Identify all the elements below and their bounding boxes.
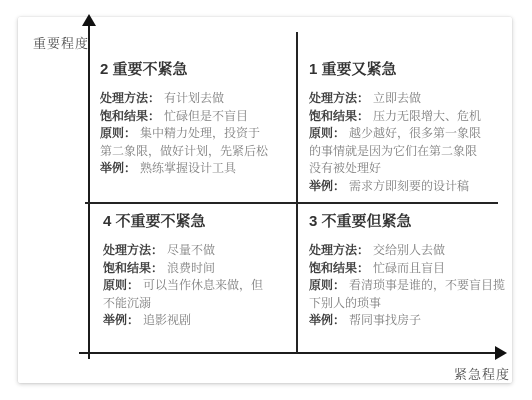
row-text: 有计划去做 [164,91,224,105]
quadrant-body: 处理方法：立即去做饱和结果：压力无限增大、危机原则：越少越好，很多第一象限的事情… [309,90,481,195]
row-text: 第二象限，做好计划，先紧后松 [100,144,268,158]
quadrant-row: 原则：看清琐事是谁的，不要盲目揽 [309,277,505,295]
quadrant-row: 处理方法：交给别人去做 [309,242,505,260]
quadrant-row: 举例：帮同事找房子 [309,312,505,330]
quadrant-body: 处理方法：有计划去做饱和结果：忙碌但是不盲目原则：集中精力处理，投资于第二象限，… [100,90,268,178]
row-text: 下别人的琐事 [309,296,381,310]
y-axis-line [88,24,90,359]
quadrant-vertical-divider [296,32,298,353]
quadrant-row: 没有被处理好 [309,160,481,178]
quadrant-row: 的事情就是因为它们在第二象限 [309,143,481,161]
row-label: 饱和结果： [309,109,369,123]
quadrant-row: 饱和结果：忙碌但是不盲目 [100,108,268,126]
quadrant-3-not-important-urgent: 3 不重要但紧急 处理方法：交给别人去做饱和结果：忙碌而且盲目原则：看清琐事是谁… [309,213,505,330]
quadrant-2-important-not-urgent: 2 重要不紧急 处理方法：有计划去做饱和结果：忙碌但是不盲目原则：集中精力处理，… [100,61,268,178]
row-label: 举例： [309,179,345,193]
quadrant-body: 处理方法：交给别人去做饱和结果：忙碌而且盲目原则：看清琐事是谁的，不要盲目揽下别… [309,242,505,330]
row-text: 需求方即刻要的设计稿 [349,179,469,193]
quadrant-row: 举例：追影视剧 [103,312,263,330]
quadrant-row: 下别人的琐事 [309,295,505,313]
quadrant-row: 处理方法：立即去做 [309,90,481,108]
row-label: 饱和结果： [103,261,163,275]
row-text: 没有被处理好 [309,161,381,175]
y-axis-label: 重要程度 [33,33,89,52]
row-label: 原则： [309,126,345,140]
quadrant-body: 处理方法：尽量不做饱和结果：浪费时间原则：可以当作休息来做，但不能沉溺举例：追影… [103,242,263,330]
row-text: 看清琐事是谁的，不要盲目揽 [349,278,505,292]
row-label: 饱和结果： [100,109,160,123]
quadrant-row: 处理方法：尽量不做 [103,242,263,260]
y-axis-arrow-up-icon [82,14,96,26]
quadrant-title: 3 不重要但紧急 [309,213,505,230]
row-text: 浪费时间 [167,261,215,275]
row-label: 举例： [309,313,345,327]
row-label: 处理方法： [309,243,369,257]
row-text: 集中精力处理，投资于 [140,126,260,140]
quadrant-row: 举例：需求方即刻要的设计稿 [309,178,481,196]
row-text: 帮同事找房子 [349,313,421,327]
quadrant-1-important-urgent: 1 重要又紧急 处理方法：立即去做饱和结果：压力无限增大、危机原则：越少越好，很… [309,61,481,195]
eisenhower-matrix-diagram: 重要程度 紧急程度 2 重要不紧急 处理方法：有计划去做饱和结果：忙碌但是不盲目… [0,0,532,400]
quadrant-title: 4 不重要不紧急 [103,213,263,230]
quadrant-row: 第二象限，做好计划，先紧后松 [100,143,268,161]
quadrant-title: 2 重要不紧急 [100,61,268,78]
row-label: 举例： [103,313,139,327]
quadrant-row: 饱和结果：浪费时间 [103,260,263,278]
row-label: 举例： [100,161,136,175]
row-label: 原则： [100,126,136,140]
quadrant-row: 原则：集中精力处理，投资于 [100,125,268,143]
quadrant-row: 原则：可以当作休息来做，但 [103,277,263,295]
row-text: 追影视剧 [143,313,191,327]
row-text: 越少越好，很多第一象限 [349,126,481,140]
row-text: 的事情就是因为它们在第二象限 [309,144,477,158]
row-text: 尽量不做 [167,243,215,257]
quadrant-row: 饱和结果：忙碌而且盲目 [309,260,505,278]
row-text: 可以当作休息来做，但 [143,278,263,292]
row-text: 立即去做 [373,91,421,105]
quadrant-4-not-important-not-urgent: 4 不重要不紧急 处理方法：尽量不做饱和结果：浪费时间原则：可以当作休息来做，但… [103,213,263,330]
row-label: 处理方法： [100,91,160,105]
row-label: 原则： [309,278,345,292]
row-label: 饱和结果： [309,261,369,275]
quadrant-title: 1 重要又紧急 [309,61,481,78]
row-text: 忙碌而且盲目 [373,261,445,275]
quadrant-row: 举例：熟练掌握设计工具 [100,160,268,178]
x-axis-label: 紧急程度 [454,364,510,383]
row-label: 处理方法： [309,91,369,105]
row-text: 交给别人去做 [373,243,445,257]
quadrant-row: 不能沉溺 [103,295,263,313]
row-label: 原则： [103,278,139,292]
row-label: 处理方法： [103,243,163,257]
x-axis-line [79,352,498,354]
quadrant-horizontal-divider [85,202,498,204]
quadrant-row: 原则：越少越好，很多第一象限 [309,125,481,143]
row-text: 压力无限增大、危机 [373,109,481,123]
x-axis-arrow-right-icon [495,346,507,360]
row-text: 不能沉溺 [103,296,151,310]
quadrant-row: 处理方法：有计划去做 [100,90,268,108]
row-text: 熟练掌握设计工具 [140,161,236,175]
quadrant-row: 饱和结果：压力无限增大、危机 [309,108,481,126]
row-text: 忙碌但是不盲目 [164,109,248,123]
